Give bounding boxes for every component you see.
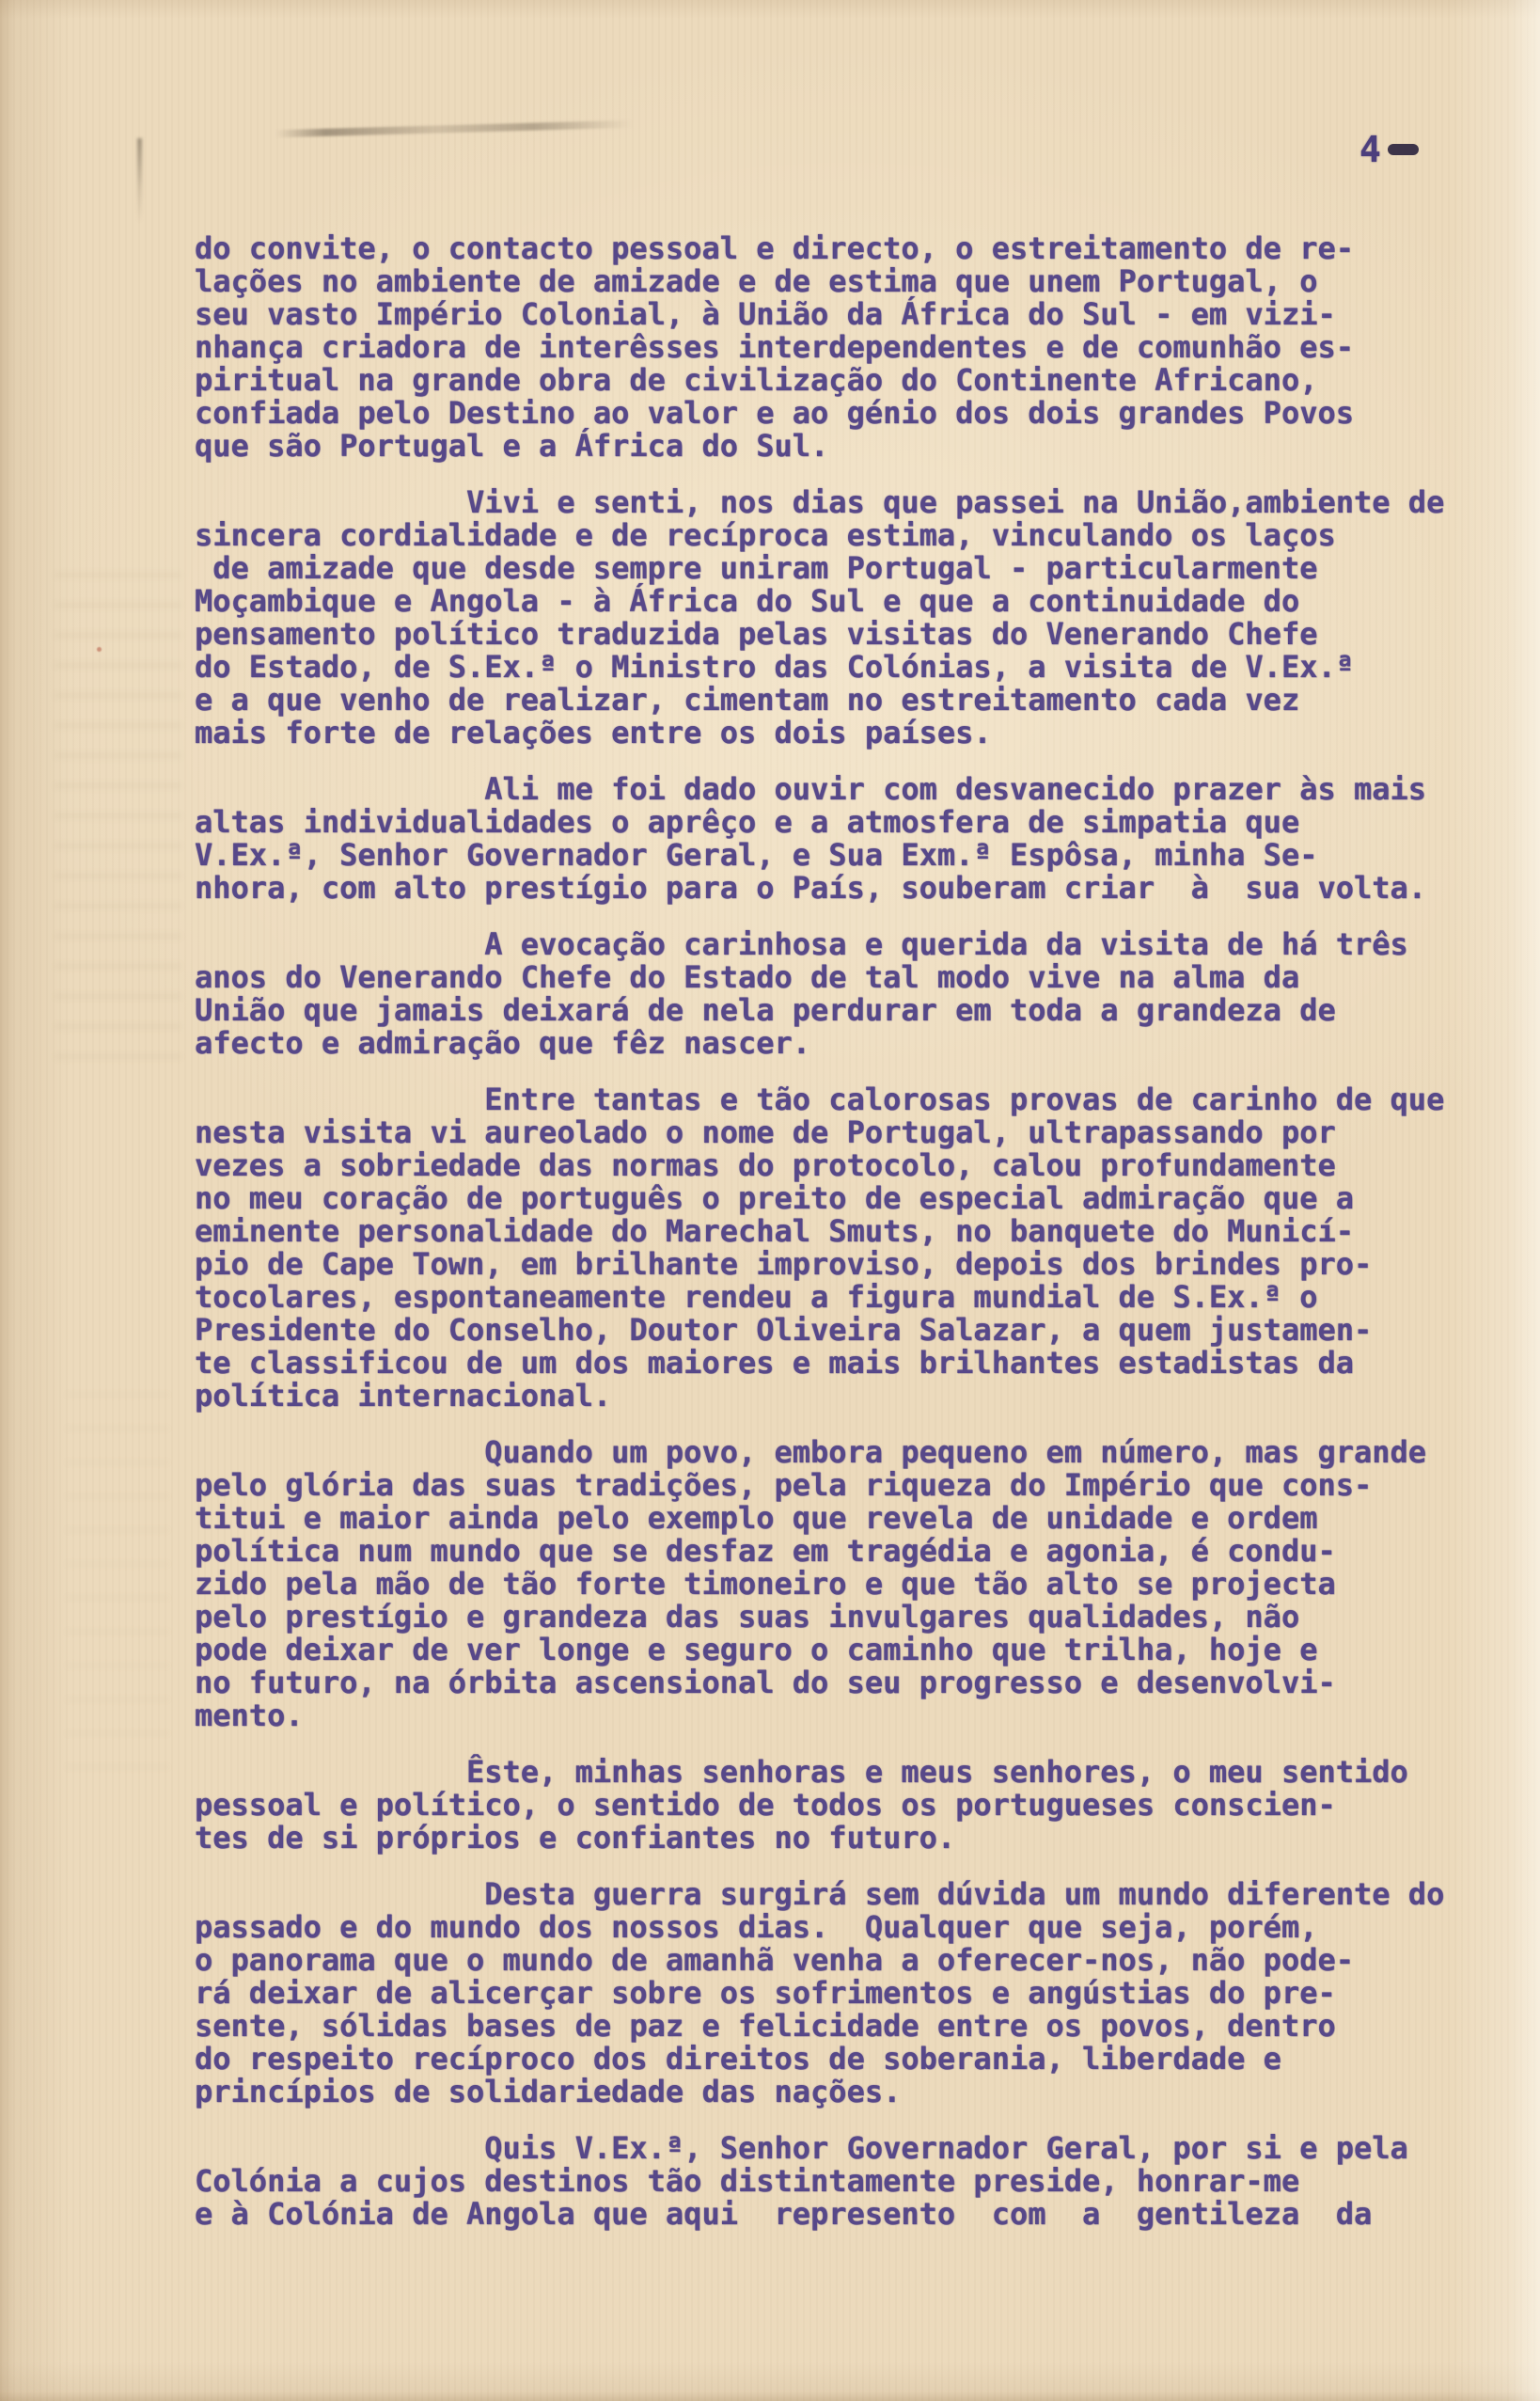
red-speck-mark: [97, 647, 102, 652]
ink-bleedthrough-left-margin-lower: [66, 1392, 169, 1787]
paragraph: Ali me foi dado ouvir com desvanecido pr…: [195, 773, 1444, 905]
page-number: 4-: [1359, 131, 1419, 168]
document-page: 4- do convite, o contacto pessoal e dire…: [0, 0, 1540, 2401]
paragraph: Quis V.Ex.ª, Senhor Governador Geral, po…: [195, 2132, 1444, 2231]
ink-bleedthrough-left-margin: [55, 572, 181, 1070]
paragraph: Desta guerra surgirá sem dúvida um mundo…: [195, 1878, 1444, 2109]
pencil-scratch-mark: [275, 120, 633, 138]
paragraph: Quando um povo, embora pequeno em número…: [195, 1436, 1444, 1732]
paragraph: Vivi e senti, nos dias que passei na Uni…: [195, 486, 1444, 750]
document-text-block: do convite, o contacto pessoal e directo…: [195, 232, 1444, 2231]
vertical-smudge-mark: [137, 138, 142, 223]
paragraph: do convite, o contacto pessoal e directo…: [195, 232, 1444, 463]
paragraph: A evocação carinhosa e querida da visita…: [195, 928, 1444, 1060]
paragraph: Êste, minhas senhoras e meus senhores, o…: [195, 1756, 1444, 1855]
page-number-value: 4: [1359, 129, 1381, 170]
paragraph: Entre tantas e tão calorosas provas de c…: [195, 1083, 1444, 1413]
page-number-dash: -: [1388, 144, 1419, 155]
